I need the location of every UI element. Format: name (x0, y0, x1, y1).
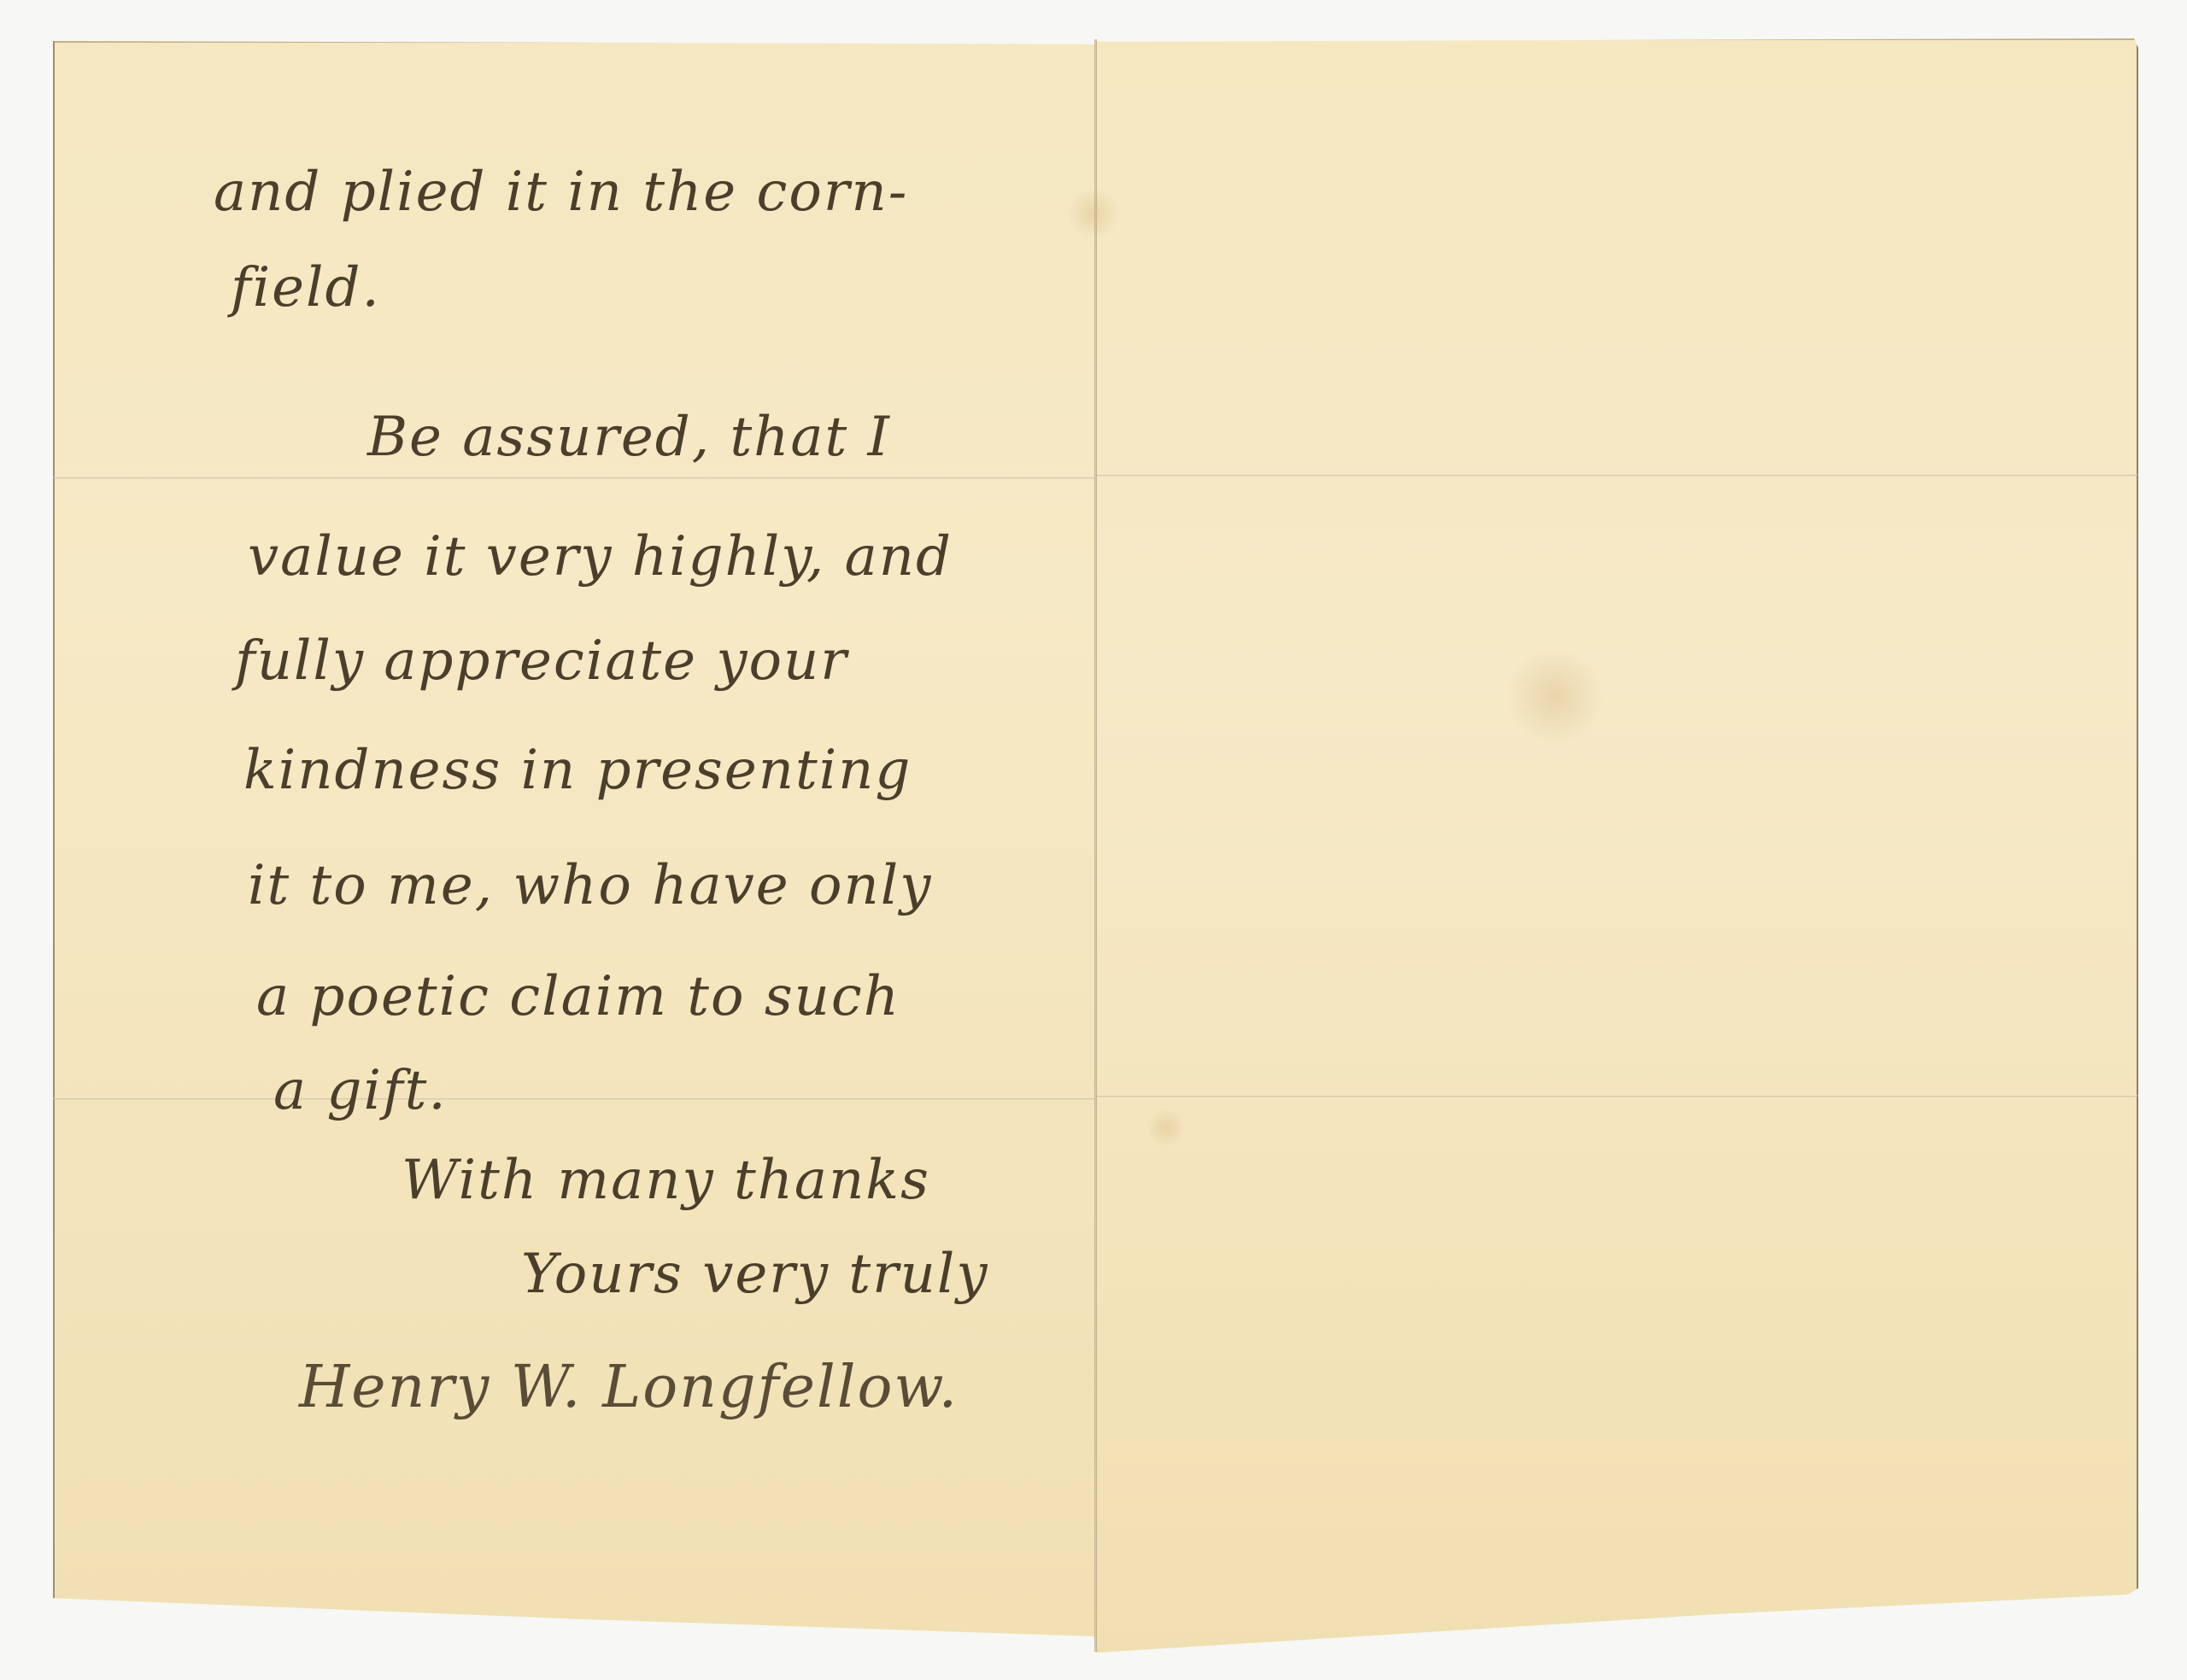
horizontal-fold-crease (1097, 474, 2138, 477)
letter-line: Be assured, that I (367, 406, 891, 469)
letter-closing: With many thanks (402, 1149, 930, 1212)
horizontal-fold-crease (1097, 1095, 2138, 1098)
letter-line: value it very highly, and (248, 525, 953, 588)
scanned-letter: ​ and plied it in the corn- field. Be as… (0, 0, 2187, 1680)
letter-line: a gift. (273, 1059, 448, 1122)
letter-line: field. (231, 256, 381, 319)
paper-stain (1504, 649, 1606, 743)
horizontal-fold-crease (53, 1098, 1095, 1100)
horizontal-fold-crease (53, 477, 1095, 479)
letter-valediction: Yours very truly (521, 1243, 989, 1306)
paper-stain (1068, 188, 1119, 239)
letter-line: a poetic claim to such (256, 965, 900, 1028)
signature: Henry W. Longfellow. (299, 1354, 959, 1421)
right-page-blank (1096, 38, 2138, 1653)
letter-line: kindness in presenting (243, 739, 912, 802)
letter-line: fully appreciate your (235, 629, 848, 693)
letter-line: and plied it in the corn- (214, 161, 908, 224)
paper-stain (1145, 1110, 1187, 1144)
center-fold-spine (1094, 39, 1097, 1652)
letter-line: it to me, who have only (248, 854, 932, 917)
